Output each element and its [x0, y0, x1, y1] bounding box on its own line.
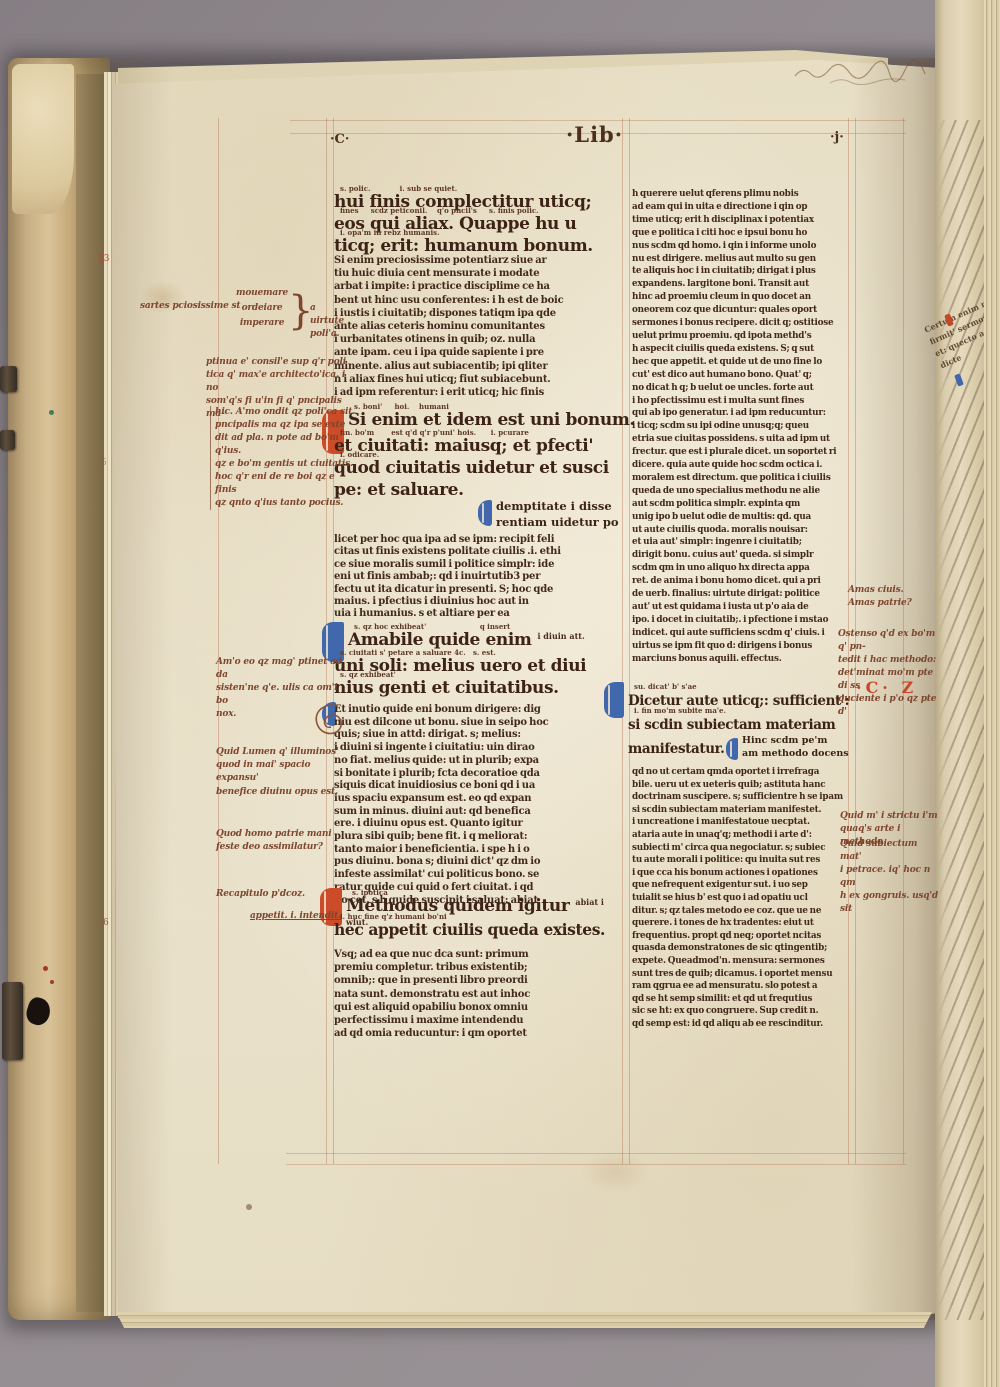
red-speck [43, 966, 48, 971]
margin-note: Quid subiectum mat' i petrace. iq' hoc n… [840, 838, 940, 916]
column1-lemma3-cont: s. ciuitati s' petare a saluare 4c. s. e… [334, 656, 626, 700]
lemma-line: Amabile quide enim [348, 630, 531, 650]
interlinear-gloss: i. fin mo'm subite ma'e. [634, 706, 726, 715]
edge-numeral-mid: 5 [101, 458, 107, 468]
ruling-line [286, 1164, 906, 1165]
margin-note: Ostenso q'd ex bo'm q' pn- tedit i hac m… [838, 628, 938, 719]
parchment-stain [580, 1150, 650, 1194]
fly-speck [246, 1204, 252, 1210]
red-speck [50, 980, 54, 984]
margin-note-brace-items: mouemare ordeiare imperare [236, 286, 288, 331]
column1-commentary-block4: Vsq; ad ea que nuc dca sunt: primum prem… [334, 948, 626, 1040]
worn-vellum-corner [12, 64, 74, 214]
header-left-mark: ·C· [330, 132, 349, 147]
ruling-line [629, 118, 630, 1164]
interlinear-gloss: fines scdz peticonil. q'o pncil's s. fin… [340, 206, 539, 215]
margin-note: Quod homo patrie mani feste deo assimila… [216, 828, 351, 854]
interlinear-gloss: su. dicat' b' s'ae [634, 682, 697, 691]
margin-note: benefice diuinu opus est. [216, 786, 356, 799]
gloss-tail: i diuin att. [537, 631, 584, 641]
blue-paraph-icon [478, 500, 492, 526]
interlinear-gloss: s. qz exhibeat' [340, 670, 396, 679]
manuscript-photo: Certum enim nobis firmit' sermonib; et: … [0, 0, 1000, 1387]
blue-paraph-icon [726, 738, 738, 760]
column1-commentary-block1: Si enim preciosissime potentiarz siue ar… [334, 254, 626, 399]
margin-note: Amas ciuis. Amas patrie? [848, 584, 933, 610]
column2-sublemma: Hinc scdm pe'm am methodo docens [742, 734, 862, 760]
lemma-line: quod ciuitatis uidetur et susci [334, 458, 609, 478]
column1-lemma4-cont: i. huc fine q'z humani bo'nihec appetit … [334, 920, 626, 942]
interlinear-gloss: fin. bo'm est q'd q'r p'uni' hois. i. pc… [340, 428, 529, 437]
fore-edge-stack [984, 0, 1000, 1387]
ruling-line [286, 1153, 906, 1154]
margin-note: hic. A'mo ondit qz poli'ca sit pncipalis… [210, 406, 355, 510]
column1-commentary-block3: Et inutio quide eni bonum dirigere: dig … [334, 704, 626, 907]
edge-numeral-bottom: 6 [103, 918, 109, 928]
interlinear-gloss: i. opa'm in rebz humanis. [340, 228, 440, 237]
margin-note: Recapitulo p'dcoz. [216, 888, 336, 901]
margin-note: Quid Lumen q' illuminos' quod in mai' sp… [216, 746, 351, 785]
lemma-line: nius genti et ciuitatibus. [334, 678, 559, 698]
clasp-strap-icon [2, 982, 23, 1060]
edge-numeral-top: 13 [98, 254, 109, 264]
green-speck [49, 410, 54, 415]
faded-inscription-scribble [790, 58, 940, 88]
pen-spiral-doodle [308, 700, 348, 744]
running-title: ·Lib· [566, 122, 623, 147]
interlinear-gloss: s. ciuitati s' petare a saluare 4c. s. e… [340, 648, 496, 657]
column1-commentary-block2: licet per hoc qua ipa ad se ipm: recipit… [334, 534, 626, 621]
lemma-line: manifestatur. [628, 741, 724, 757]
interlinear-gloss: s. qz hoc exhibeat' q insert [354, 622, 510, 631]
header-right-mark: ·j· [830, 130, 844, 145]
ruling-line [290, 120, 906, 121]
column2-commentary-block2: qd no ut certam qmda oportet i irrefraga… [632, 766, 854, 1030]
interlinear-gloss: s. boni' hoi. humani [354, 402, 449, 411]
inner-margin-shadow [112, 60, 172, 1318]
margin-note-text: sartes pciosissime st [140, 300, 240, 313]
interlinear-gloss: s. polic. i. sub se quiet. [340, 184, 457, 193]
column1-sublemma: demptitate i disse rentiam uidetur po [496, 498, 636, 530]
column1-opening-lemma: s. polic. i. sub se quiet.hui finis comp… [334, 192, 626, 258]
interlinear-gloss: s. ipotica [352, 888, 388, 897]
clasp-hinge-lower-icon [0, 430, 15, 450]
lemma-line: si scdin subiectam materiam [628, 717, 835, 733]
clasp-hinge-upper-icon [0, 366, 17, 392]
chapter-numeral: ·C· Z [856, 678, 917, 697]
margin-note: appetit. i. intendit. [250, 910, 360, 923]
lemma-line: hec appetit ciuilis queda existes. [334, 920, 605, 939]
lemma-line: Si enim et idem est uni bonum. [348, 410, 635, 430]
column2-commentary-block1: h querere uelut qferens plimu nobis ad e… [632, 188, 854, 666]
ruling-line [218, 118, 219, 1164]
lemma-line: ticq; erit: humanum bonum. [334, 236, 593, 256]
blue-lemma-flag-icon [604, 682, 624, 718]
column1-lemma2-cont: fin. bo'm est q'd q'r p'uni' hois. i. pc… [334, 436, 626, 502]
margin-note-text: a uirtute poli'a. [310, 302, 350, 341]
bottom-leaf-edges [116, 1312, 932, 1328]
